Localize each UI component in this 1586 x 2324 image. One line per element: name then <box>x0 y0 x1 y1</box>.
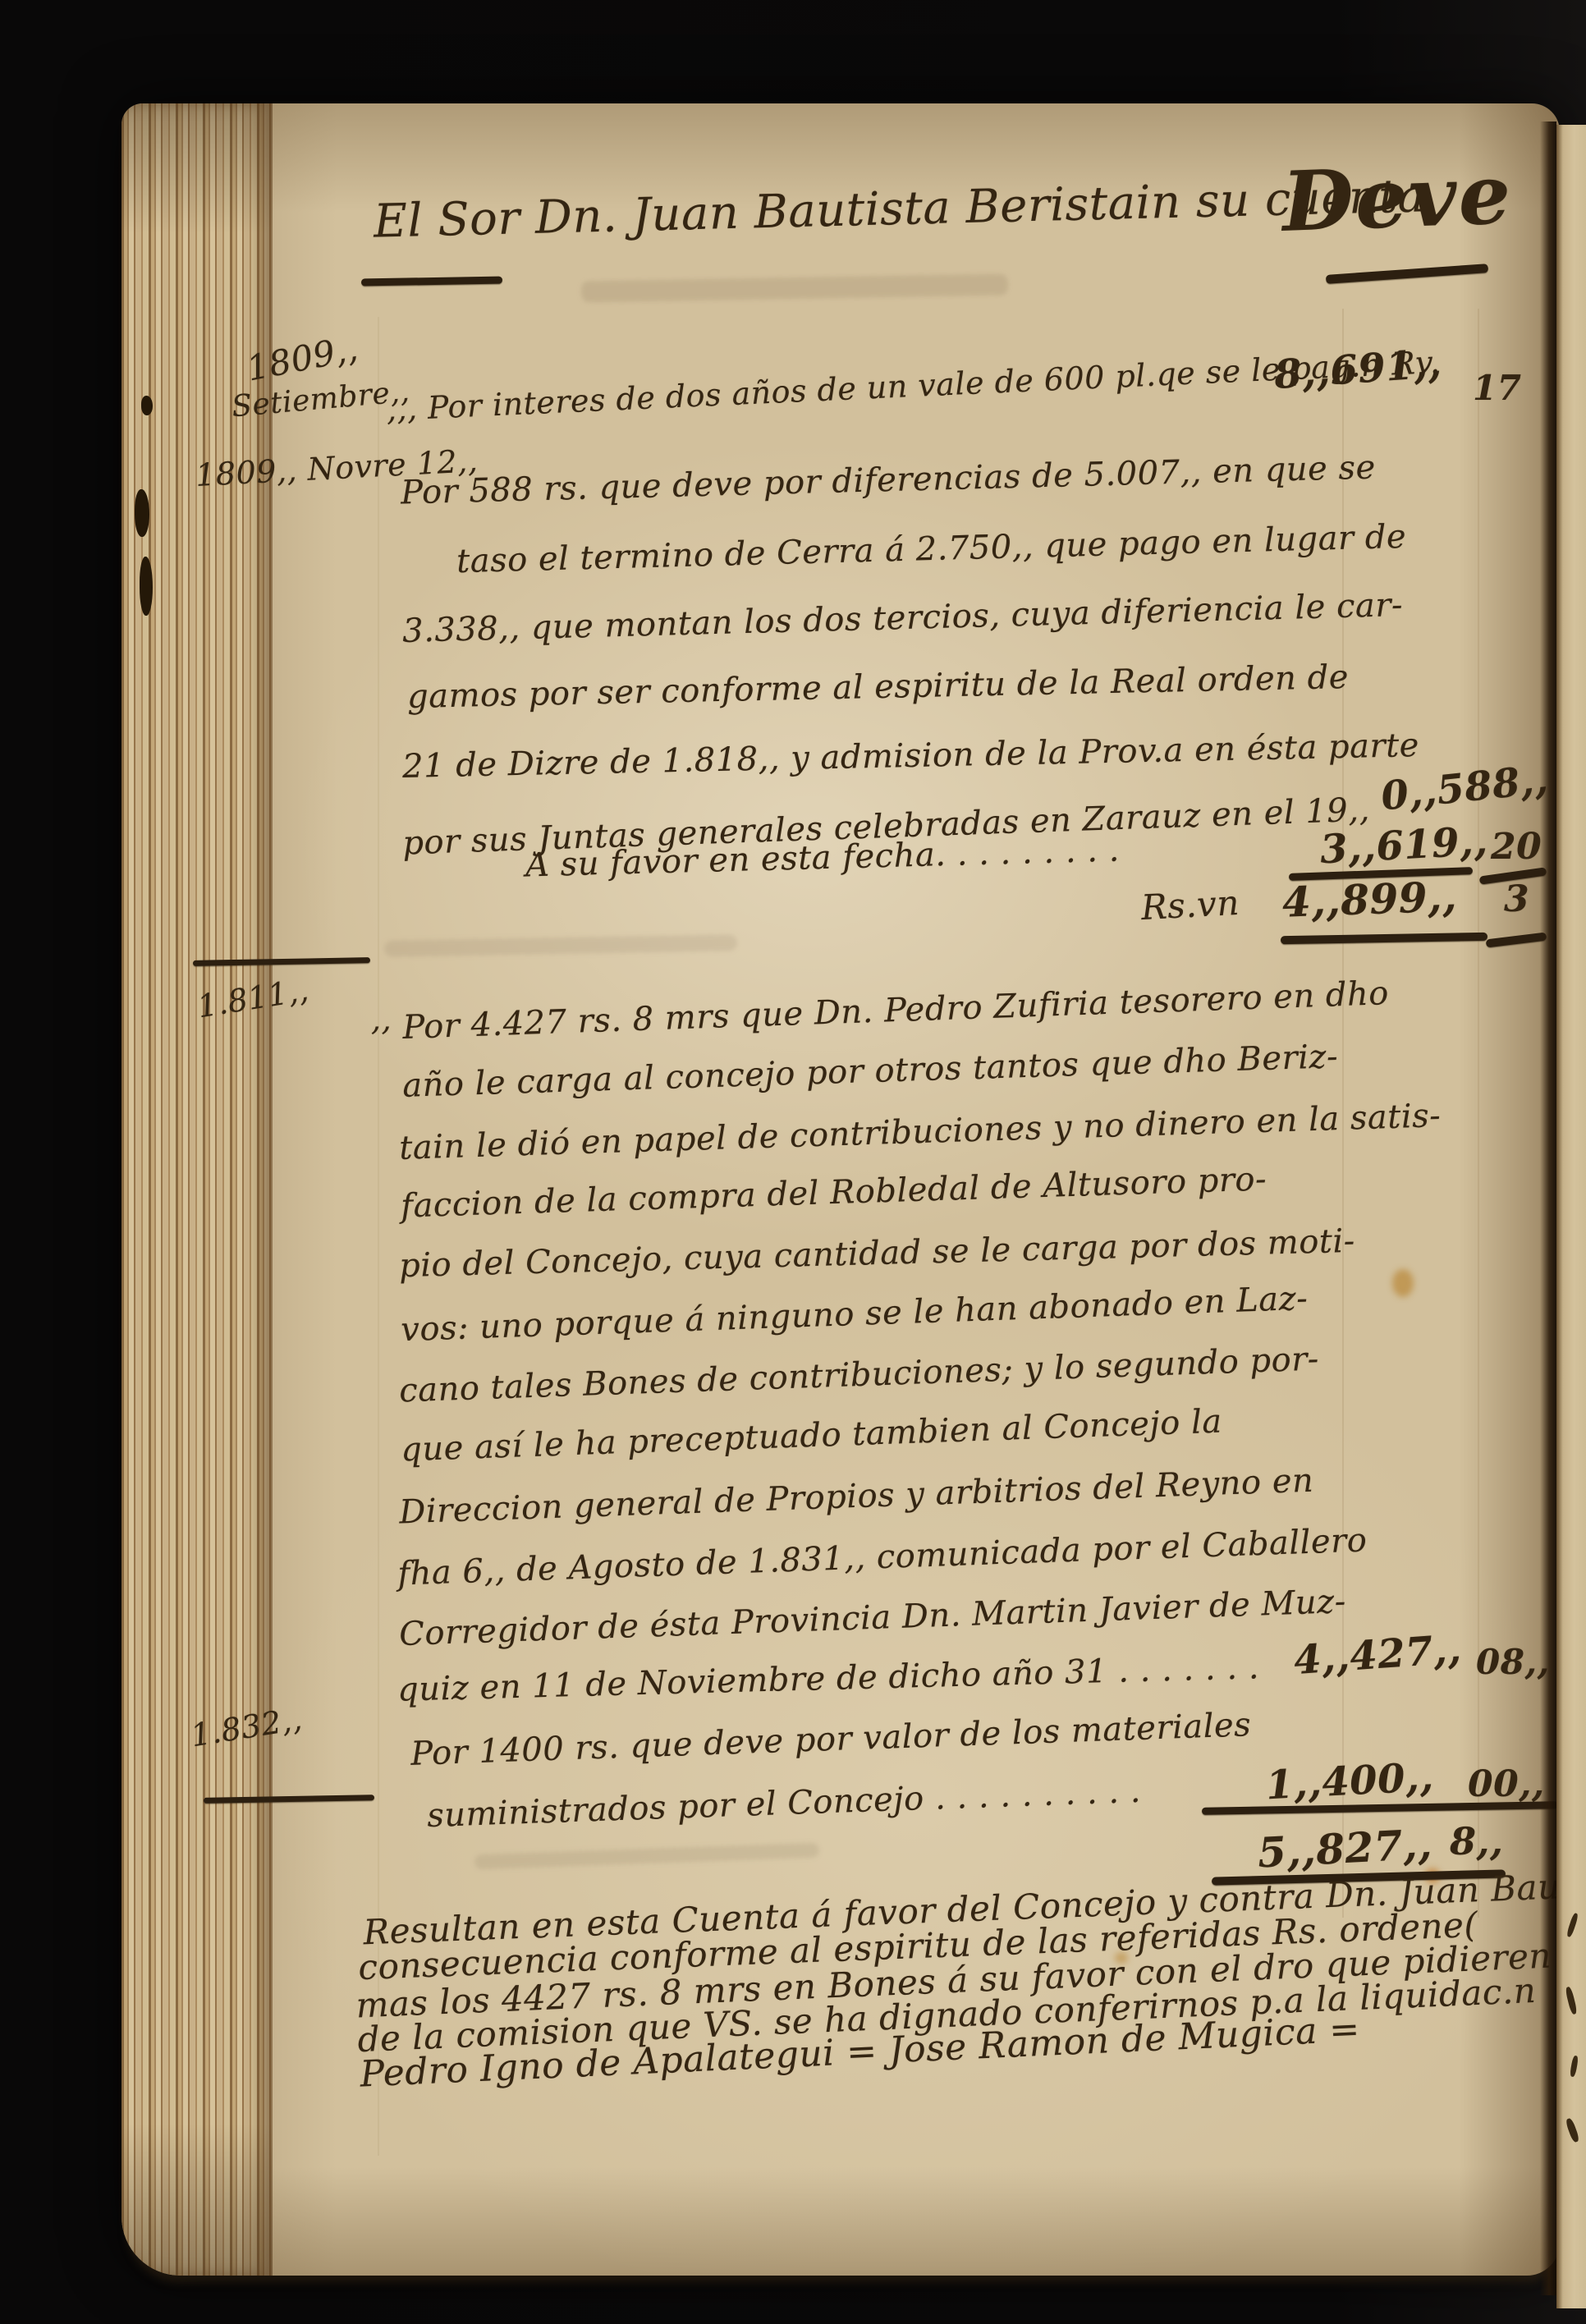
entry-text-line: que así le ha preceptuado tambien al Con… <box>401 1403 1223 1469</box>
total-col2: 8,, <box>1450 1819 1504 1863</box>
entry-text-line: quiz en 11 de Noviembre de dicho año 31 … <box>397 1648 1260 1708</box>
book-fore-edge <box>121 103 273 2276</box>
entry-text-line: tain le dió en papel de contribuciones y… <box>399 1097 1442 1167</box>
entry-text-line: año le carga al concejo por otros tantos… <box>402 1038 1339 1105</box>
title-underline <box>361 276 502 286</box>
manuscript-page: El Sor Dn. Juan Bautista Beristain su cu… <box>121 103 1560 2276</box>
amount-col1: 1,,400,, <box>1265 1754 1435 1809</box>
ink-underline <box>1202 1801 1558 1815</box>
bleed-through <box>474 1843 819 1870</box>
ink-underline <box>1486 933 1547 948</box>
page-edge-fleck <box>135 489 149 537</box>
entry-text-line: cano tales Bones de contribuciones; y lo… <box>399 1340 1320 1410</box>
facing-page-sliver <box>1556 125 1586 2308</box>
bleed-through <box>384 934 737 957</box>
page-title: El Sor Dn. Juan Bautista Beristain su cu… <box>373 169 1426 248</box>
photo-background: El Sor Dn. Juan Bautista Beristain su cu… <box>0 0 1586 2324</box>
amount-col2: 3 <box>1504 878 1529 920</box>
ink-underline <box>1281 933 1487 944</box>
entry-text-line: Por 1400 rs. que deve por valor de los m… <box>410 1706 1252 1773</box>
amount-col1: 4,,899,, <box>1281 872 1458 926</box>
bleed-through <box>581 273 1008 302</box>
ditto-mark: ,, <box>371 1002 392 1038</box>
ink-stroke <box>1566 1913 1579 1938</box>
ink-stroke <box>1570 2056 1579 2078</box>
entry-text-line: 3.338,, que montan los dos tercios, cuya… <box>402 586 1404 650</box>
ink-stroke <box>1565 1987 1578 2015</box>
entry-text-line: Corregidor de ésta Provincia Dn. Martin … <box>399 1583 1347 1653</box>
ink-stroke <box>1565 2117 1580 2143</box>
entry-text-line: faccion de la compra del Robledal de Alt… <box>401 1160 1267 1225</box>
deve-underline <box>1326 264 1488 284</box>
entry-text-line: vos: uno porque á ninguno se le han abon… <box>401 1280 1309 1350</box>
debit-heading: Deve <box>1281 145 1514 250</box>
amount-col2: 00,, <box>1468 1763 1545 1805</box>
entry-text-line: fha 6,, de Agosto de 1.831,, comunicada … <box>397 1521 1368 1593</box>
entry-text-line: Por 588 rs. que deve por diferencias de … <box>401 448 1377 511</box>
amount-col2: 17 <box>1473 368 1521 408</box>
amount-col1: 4,,427,, <box>1292 1626 1463 1684</box>
entry-text-line: gamos por ser conforme al espiritu de la… <box>407 658 1350 716</box>
total-col1: 5,,827,, <box>1257 1819 1434 1877</box>
entry-text-line: suministrados por el Concejo . . . . . .… <box>426 1772 1141 1835</box>
book-gutter-crease <box>1540 121 1556 2295</box>
amount-col2: 20 <box>1491 826 1542 868</box>
page-edge-fleck <box>141 396 153 415</box>
foxing-stain <box>1392 1269 1414 1297</box>
page-edge-fleck <box>140 557 153 616</box>
reales-vellon-label: Rs.vn <box>1140 882 1240 928</box>
amount-col2: 08,, <box>1476 1642 1550 1682</box>
entry-text-line: pio del Concejo, cuya cantidad se le car… <box>399 1222 1356 1285</box>
manuscript-photo: { "colors": { "background": "#0a0909", "… <box>0 0 1586 2324</box>
column-rule <box>378 317 379 2156</box>
entry-text-line: 21 de Dizre de 1.818,, y admision de la … <box>402 727 1420 786</box>
entry-text-line: Por 4.427 rs. 8 mrs que Dn. Pedro Zufiri… <box>402 974 1390 1047</box>
amount-col1: 3,,619,, <box>1319 818 1489 873</box>
amount-col1: 0,,588,, <box>1379 756 1551 819</box>
entry-text-line: taso el termino de Cerra á 2.750,, que p… <box>456 518 1407 580</box>
amount-col1: 8,,691,, <box>1272 341 1443 398</box>
entry-text-line: Direccion general de Propios y arbitrios… <box>399 1462 1314 1532</box>
